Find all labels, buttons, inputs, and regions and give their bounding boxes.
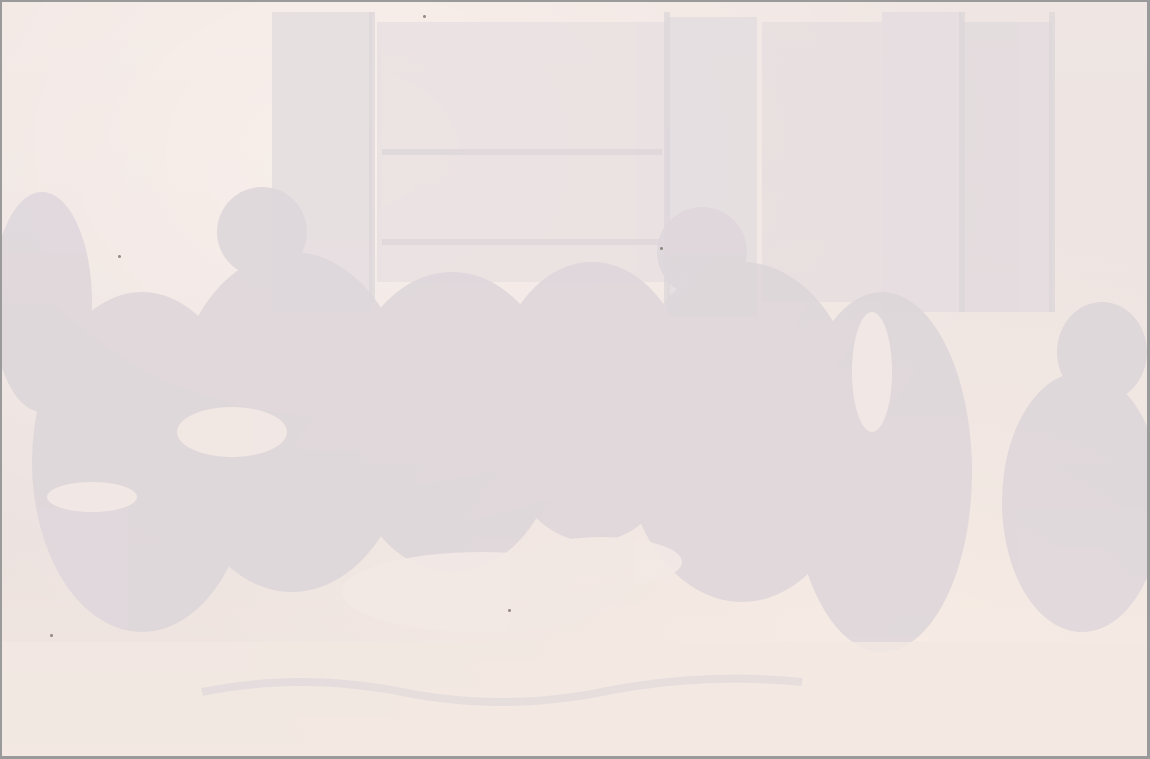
dust-speck bbox=[508, 609, 511, 612]
dust-speck bbox=[423, 15, 426, 18]
dust-speck bbox=[50, 634, 53, 637]
dust-speck bbox=[660, 247, 663, 250]
faded-scene bbox=[2, 2, 1147, 756]
dust-speck bbox=[118, 255, 121, 258]
photo-print bbox=[2, 2, 1147, 756]
